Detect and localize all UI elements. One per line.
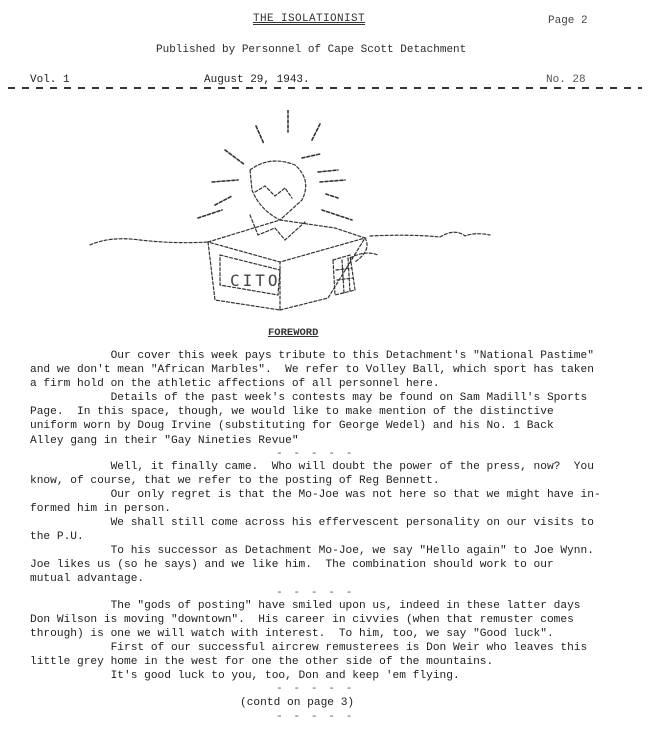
paragraph-posting-news: Well, it finally came. Who will doubt th… <box>30 460 630 587</box>
foreword-body: Our cover this week pays tribute to this… <box>30 349 630 723</box>
text-line: Our only regret is that the Mo-Joe was n… <box>30 488 630 502</box>
text-line: Our cover this week pays tribute to this… <box>30 349 630 363</box>
text-line: through) is one we will watch with inter… <box>30 627 630 641</box>
text-line: mutual advantage. <box>30 572 630 586</box>
text-line: The "gods of posting" have smiled upon u… <box>30 599 630 613</box>
dashed-divider <box>8 86 642 89</box>
text-line: the P.U. <box>30 530 630 544</box>
section-separator: - - - - - <box>30 448 630 460</box>
text-line: formed him in person. <box>30 502 630 516</box>
issue-date: August 29, 1943. <box>204 74 310 86</box>
text-line: Page. In this space, though, we would li… <box>30 405 630 419</box>
issue-number: No. 28 <box>546 74 586 86</box>
text-line: uniform worn by Doug Irvine (substitutin… <box>30 419 630 433</box>
newsletter-title: THE ISOLATIONIST <box>253 13 365 25</box>
continued-note: (contd on page 3) <box>30 695 630 711</box>
text-line: Joe likes us (so he says) and we like hi… <box>30 558 630 572</box>
text-line: Don Wilson is moving "downtown". His car… <box>30 613 630 627</box>
text-line: First of our successful aircrew remuster… <box>30 641 630 655</box>
text-line: Alley gang in their "Gay Nineties Revue" <box>30 434 630 448</box>
section-separator: - - - - - <box>30 683 630 695</box>
radio-illustration-icon: CITO <box>80 110 500 320</box>
text-line: We shall still come across his effervesc… <box>30 516 630 530</box>
section-separator: - - - - - <box>30 711 630 723</box>
text-line: and we don't mean "African Marbles". We … <box>30 363 630 377</box>
paragraph-gods-of-posting: The "gods of posting" have smiled upon u… <box>30 599 630 684</box>
text-line: Well, it finally came. Who will doubt th… <box>30 460 630 474</box>
svg-text:CITO: CITO <box>230 271 281 290</box>
text-line: It's good luck to you, too, Don and keep… <box>30 669 630 683</box>
text-line: a firm hold on the athletic affections o… <box>30 377 630 391</box>
text-line: little grey home in the west for one the… <box>30 655 630 669</box>
paragraph-cover-tribute: Our cover this week pays tribute to this… <box>30 349 630 448</box>
text-line: know, of course, that we refer to the po… <box>30 474 630 488</box>
publisher-line: Published by Personnel of Cape Scott Det… <box>156 44 466 56</box>
text-line: Details of the past week's contests may … <box>30 391 630 405</box>
text-line: To his successor as Detachment Mo-Joe, w… <box>30 544 630 558</box>
section-heading-foreword: FOREWORD <box>268 327 318 339</box>
section-separator: - - - - - <box>30 587 630 599</box>
volume-label: Vol. 1 <box>30 74 70 86</box>
page-number: Page 2 <box>548 15 588 27</box>
